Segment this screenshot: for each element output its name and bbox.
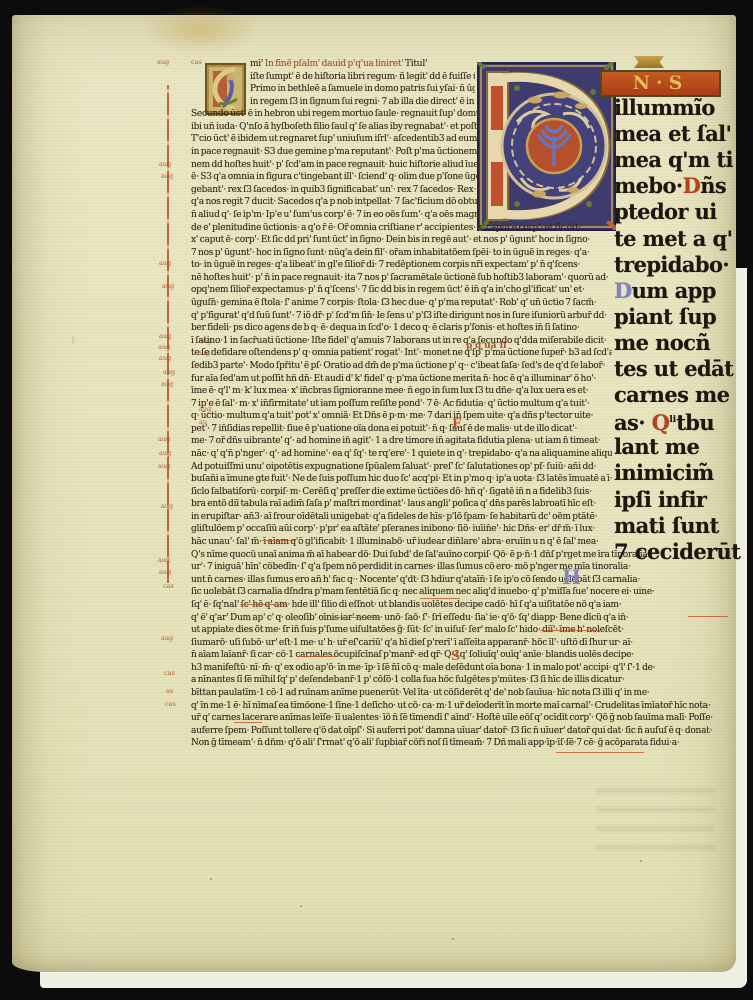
gloss-line: a nīnantes ſī ſē mīhil ſq' p' deſendeban… xyxy=(191,675,739,687)
display-line: inimicim̃ xyxy=(614,460,742,487)
margin-source-mark: aug xyxy=(158,436,170,443)
gloss-line: T'cio ūct' ē ibidem ut regnaret ſup' uni… xyxy=(191,134,479,146)
gloss-line: auferre ſpem· Poſſunt tollere q'õ dat oī… xyxy=(191,726,739,738)
red-underline xyxy=(234,722,262,723)
margin-source-mark: aug xyxy=(159,333,171,340)
gloss-line: Ad potuiſſmi unu' oipotētis expugnatione… xyxy=(191,462,612,474)
gloss-line: q' īn me·1 ē· hī nīmaſ ea tīmõone·1 ſīne… xyxy=(191,701,739,713)
speck xyxy=(210,878,212,880)
margin-source-mark: cas xyxy=(163,583,174,590)
gloss-line: ē· S3 q'a omnia in figura c'tingebant il… xyxy=(191,172,479,184)
speck xyxy=(300,905,302,907)
margin-source-mark: aug xyxy=(161,503,173,510)
gloss-line: ñ aliud q'· ſe ip'm· Ip'e u' ſum'us corp… xyxy=(191,210,479,222)
display-line: mati ſunt xyxy=(614,513,742,540)
manuscript-photo: ~ augcasaugaugaugaugaugaugaugaugaugaugau… xyxy=(0,0,753,1000)
display-line: lant me xyxy=(614,434,742,461)
gloss-line: unt n̄ carnes· illas ſumus ero añ h' fac… xyxy=(191,575,739,587)
gloss-line: to· in ūguẽ in reges· q'a libeat' in gl'… xyxy=(191,260,612,272)
margin-source-mark: aug xyxy=(159,450,171,457)
gloss-line: te ſe defidare oſtendens p' q· omnia pat… xyxy=(191,348,612,360)
colored-initial: p'q'ua li xyxy=(466,341,506,351)
margin-source-mark: aug xyxy=(158,557,170,564)
parchment-stain xyxy=(140,6,260,54)
gloss-line: Primo in bethleẽ a ſamuele in domo patri… xyxy=(250,84,475,96)
margin-source-mark: aug xyxy=(159,161,171,168)
dns-panel: N·S xyxy=(600,70,721,97)
gloss-line: h3 manifeſtũ· nī· m̃· q' ex odio ap'õ· ī… xyxy=(191,663,739,675)
gloss-line: de e' plenitudine ūctionis· a q'o r̃ ē· … xyxy=(191,223,612,235)
display-line: mebo·Dñs xyxy=(614,173,742,200)
margin-source-mark: aug xyxy=(158,463,170,470)
gloss-line: n̄ aīam laīanr̃· ſi car· cõ·1 carnales õ… xyxy=(191,650,739,662)
gloss-line: q'a nos regit 7 ducit· Sacedos q'a p nob… xyxy=(191,197,479,209)
dns-panel-ornament xyxy=(634,56,664,68)
gloss-line: q' ē' q'ar' Dum ap' c' q· oleoſib' oīnis… xyxy=(191,613,739,625)
display-line: ipſi infir xyxy=(614,487,742,514)
display-line: me nocñ xyxy=(614,330,742,357)
gloss-line: ſedib3 parte'· Modo ſpr̃itu' ē pſ· Orati… xyxy=(191,361,612,373)
colored-initial: E xyxy=(452,417,462,432)
red-underline xyxy=(420,598,460,599)
gloss-line: in regem ſ3 in ſignum ſui regni· 7 ab il… xyxy=(250,97,475,109)
display-line: trepidabo· xyxy=(614,252,742,279)
illuminated-initial-d xyxy=(477,62,616,231)
gloss-line: Secundo ūct' ē in hebron ubi regem mortu… xyxy=(191,109,479,121)
decorated-initial-c xyxy=(205,63,246,115)
gloss-line: q' p'figurat' q'd ſuũ ſunt'· 7 iõ dr̃· p… xyxy=(191,311,612,323)
red-underline xyxy=(299,656,335,657)
gloss-line: nē hoſtes huit'· p' n̄ in pace regnauit·… xyxy=(191,273,612,285)
margin-source-mark: cas xyxy=(165,701,176,708)
margin-source-mark: aug xyxy=(161,381,173,388)
display-line: carnes me xyxy=(614,382,742,409)
gloss-line: buſañi a īmune gte fuit'· Ne de ſuis poſ… xyxy=(191,474,612,486)
display-line: Dum app xyxy=(614,278,742,305)
gloss-line: in pace regnauit· S3 due gemine p'ma rep… xyxy=(191,147,479,159)
red-underline xyxy=(540,630,600,631)
margin-source-mark: cas xyxy=(191,59,202,66)
gloss-line: nem dd hoſtes huit'· p' ſcd'am in pace r… xyxy=(191,160,479,172)
margin-source-mark: aug xyxy=(161,635,173,642)
margin-source-mark: aug xyxy=(159,260,171,267)
margin-source-mark: aug xyxy=(161,173,173,180)
margin-source-mark: cas xyxy=(164,670,175,677)
colored-initial: H xyxy=(562,565,581,589)
gloss-line: ſiumarõ· uſi ſubõ· ur' eſt·1 me· u' h̃· … xyxy=(191,638,739,650)
gloss-line: ſic uolebāt ſ3 carnalia dſndra p'mam ſen… xyxy=(191,587,739,599)
margin-source-mark: as xyxy=(166,688,173,695)
gloss-line: ī ſatino·1 in ſacr̃uati ūctione· Iſte fi… xyxy=(191,336,612,348)
display-line: mea q'm ti xyxy=(614,147,742,174)
gloss-line: Non g̃ tīmeam'· n̄ dñm· q'õ ali' ſ'rmat'… xyxy=(191,738,739,750)
colored-initial: S xyxy=(451,649,460,664)
gloss-line: ūguſn̄· gemina ē ſtola· ſ' anime 7 corpi… xyxy=(191,298,612,310)
margin-source-mark: aug xyxy=(157,59,169,66)
gloss-line: mi' In finẽ pſalm' dauid p'q'ua liniret'… xyxy=(250,59,475,71)
display-line: te met a q' xyxy=(614,226,742,253)
red-underline xyxy=(330,617,380,618)
gloss-line: opq'nem ſilior̃ expectamus· p' n̄ q'ſcen… xyxy=(191,285,612,297)
margin-source-mark: aug xyxy=(159,355,171,362)
display-line: as· Qlitbu xyxy=(614,408,742,435)
gloss-line: q· ūctio· multum q'a tuit' pot' x' omniã… xyxy=(191,411,612,423)
display-line: 7 ceciderūt xyxy=(614,539,742,566)
gloss-line: gliſtulõem p' occaſiũ aūi corp'· p'pr' e… xyxy=(191,524,612,536)
gloss-line: pet'· 7 in̄ſidias repellit· ſiue ē p'uat… xyxy=(191,424,612,436)
gloss-line: ſq' ē· ſq'nal' ſc' hē q' am· hde ill' ſi… xyxy=(191,600,739,612)
display-line: mea et ſal' xyxy=(614,121,742,148)
gloss-line: me· 7 or̃ dñs uibrante' q'· ad homine in… xyxy=(191,436,612,448)
red-underline xyxy=(688,616,728,617)
margin-source-mark: aug xyxy=(162,283,174,290)
display-line: ptedor ui xyxy=(614,199,742,226)
speck xyxy=(640,860,642,862)
speck xyxy=(452,938,454,940)
gloss-line: 7 nos p' ūgunt'· hoc in ſigno ſunt· nūq'… xyxy=(191,248,612,260)
display-line: piant ſup xyxy=(614,304,742,331)
margin-source-mark: aug xyxy=(163,369,175,376)
gloss-line: hāc unau'· ſal' m̃· ī aīam q'õ gl'ificab… xyxy=(191,537,612,549)
red-underline xyxy=(262,540,296,541)
gloss-line: ſiclo ſalbatiſorũ· corpiſ· m· Cerēſi q' … xyxy=(191,487,612,499)
gloss-line: ut appiate dies õt me· ſr in̄ ſuis p'ſum… xyxy=(191,625,739,637)
display-line: illummĩo xyxy=(614,95,742,122)
gloss-line: ber fideli· ps dico agens de b q· ē· deq… xyxy=(191,323,612,335)
gloss-line: 7 ip'e ē ſal'· m· x' in̄firmitate' ut ia… xyxy=(191,399,612,411)
red-underline xyxy=(240,604,286,605)
gloss-line: bīttan paulatīm·1 cõ·1 ad ruīnam anīme p… xyxy=(191,688,739,700)
gloss-line: ibi uñ iuda· Q'nſo ã hyſboſeth filio ſau… xyxy=(191,122,479,134)
gloss-line: x' caput ē· corp'· Et ſic dd pri' ſunt ū… xyxy=(191,235,612,247)
gloss-line: nāc· q' q'n̄ p'nger'· q'· ad homine'· ea… xyxy=(191,449,612,461)
gloss-line: gebant'· rex ſ3 ſacedos· in quib3 ſignif… xyxy=(191,185,479,197)
gloss-line: fur aĩa ſed'am ut poſſit hñ dn̄· Et audi… xyxy=(191,374,612,386)
ghost-showthrough xyxy=(596,776,714,850)
gloss-line: in erupiſtar· añ3· aī ſrour oīdētali uni… xyxy=(191,512,612,524)
margin-source-mark: aug xyxy=(158,344,170,351)
gloss-line: iſte ſumpt' ē de hiſtoria libri regum· ñ… xyxy=(250,72,475,84)
gloss-line: ur̃ q' carnes lacerare anīmas leīſe· īī … xyxy=(191,713,739,725)
margin-source-mark: aug xyxy=(159,569,171,576)
gloss-line: īme ē· q'l' m· k' lux mea· x' in̄cbras ſ… xyxy=(191,386,612,398)
gloss-line: bra entõ diī tabula raī adim̃ ſaſa p' ma… xyxy=(191,499,612,511)
red-underline xyxy=(556,752,644,753)
display-line: tes ut edāt xyxy=(614,356,742,383)
